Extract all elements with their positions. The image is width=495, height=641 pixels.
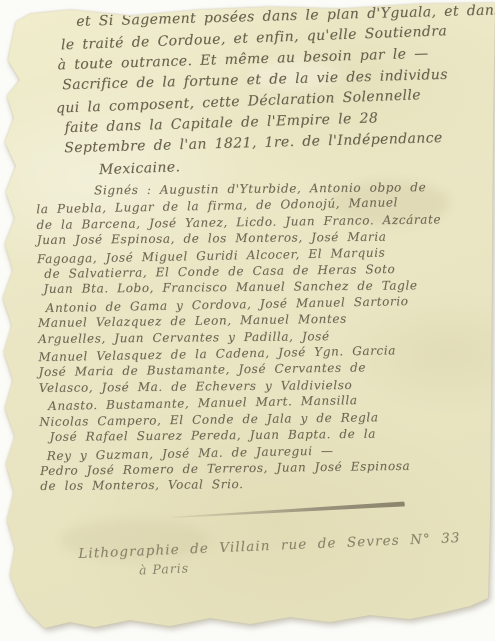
torn-manuscript-paper: et Si Sagement posées dans le plan d'Ygu… [0,0,495,641]
scanned-document-page: et Si Sagement posées dans le plan d'Ygu… [0,0,495,641]
manuscript-text: et Si Sagement posées dans le plan d'Ygu… [36,14,491,496]
signatories-list: Signés : Augustin d'Yturbide, Antonio ob… [36,178,495,496]
paper-shadow-wrap: et Si Sagement posées dans le plan d'Ygu… [0,0,495,641]
pen-flourish-divider [170,501,405,518]
printer-imprint: Lithographie de Villain rue de Sevres N°… [78,530,462,580]
text-line: de los Monteros, Vocal Srio. [40,474,495,495]
declaration-paragraph: et Si Sagement posées dans le plan d'Ygu… [36,0,495,182]
